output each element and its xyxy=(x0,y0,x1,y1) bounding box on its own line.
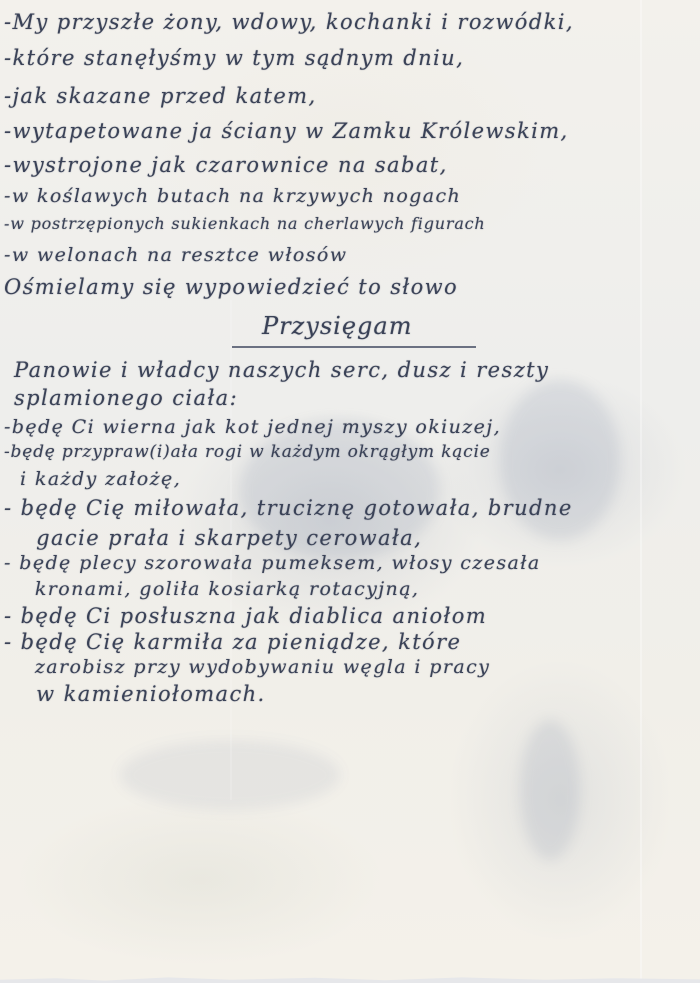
paper-crease xyxy=(640,0,642,983)
text-line: splamionego ciała: xyxy=(14,386,238,410)
text-line: gacie prała i skarpety cerowała, xyxy=(20,526,422,550)
text-line: - będę plecy szorowała pumeksem, włosy c… xyxy=(4,552,541,574)
text-line: Ośmielamy się wypowiedzieć to słowo xyxy=(4,275,458,299)
heading-underline xyxy=(232,346,476,348)
text-line: w kamieniołomach. xyxy=(20,682,266,706)
text-line: -w koślawych butach na krzywych nogach xyxy=(4,185,461,207)
text-line: -wystrojone jak czarownice na sabat, xyxy=(4,153,448,177)
text-line: -w welonach na resztce włosów xyxy=(4,244,347,266)
water-stain xyxy=(520,720,580,860)
text-line: i każdy założę, xyxy=(20,468,181,490)
oath-heading: Przysięgam xyxy=(262,312,412,340)
text-line: Panowie i władcy naszych serc, dusz i re… xyxy=(14,358,549,382)
text-line: -jak skazane przed katem, xyxy=(4,84,317,108)
text-line: - będę Ci posłuszna jak diablica aniołom xyxy=(4,604,487,628)
torn-paper-edge xyxy=(0,975,700,983)
text-line: -które stanęłyśmy w tym sądnym dniu, xyxy=(4,46,464,70)
text-line: -w postrzępionych sukienkach na cherlawy… xyxy=(4,214,486,233)
text-line: - będę Cię miłowała, truciznę gotowała, … xyxy=(4,496,573,520)
text-line: -My przyszłe żony, wdowy, kochanki i roz… xyxy=(4,10,574,34)
text-line: -będę Ci wierna jak kot jednej myszy oki… xyxy=(4,416,501,438)
text-line: -wytapetowane ja ściany w Zamku Królewsk… xyxy=(4,119,569,143)
text-line: zarobisz przy wydobywaniu węgla i pracy xyxy=(20,656,490,678)
text-line: kronami, goliła kosiarką rotacyjną, xyxy=(20,578,419,600)
text-line: - będę Cię karmiła za pieniądze, które xyxy=(4,630,461,654)
text-line: -będę przypraw(i)ała rogi w każdym okrąg… xyxy=(4,442,491,462)
scanned-handwritten-page: -My przyszłe żony, wdowy, kochanki i roz… xyxy=(0,0,700,983)
